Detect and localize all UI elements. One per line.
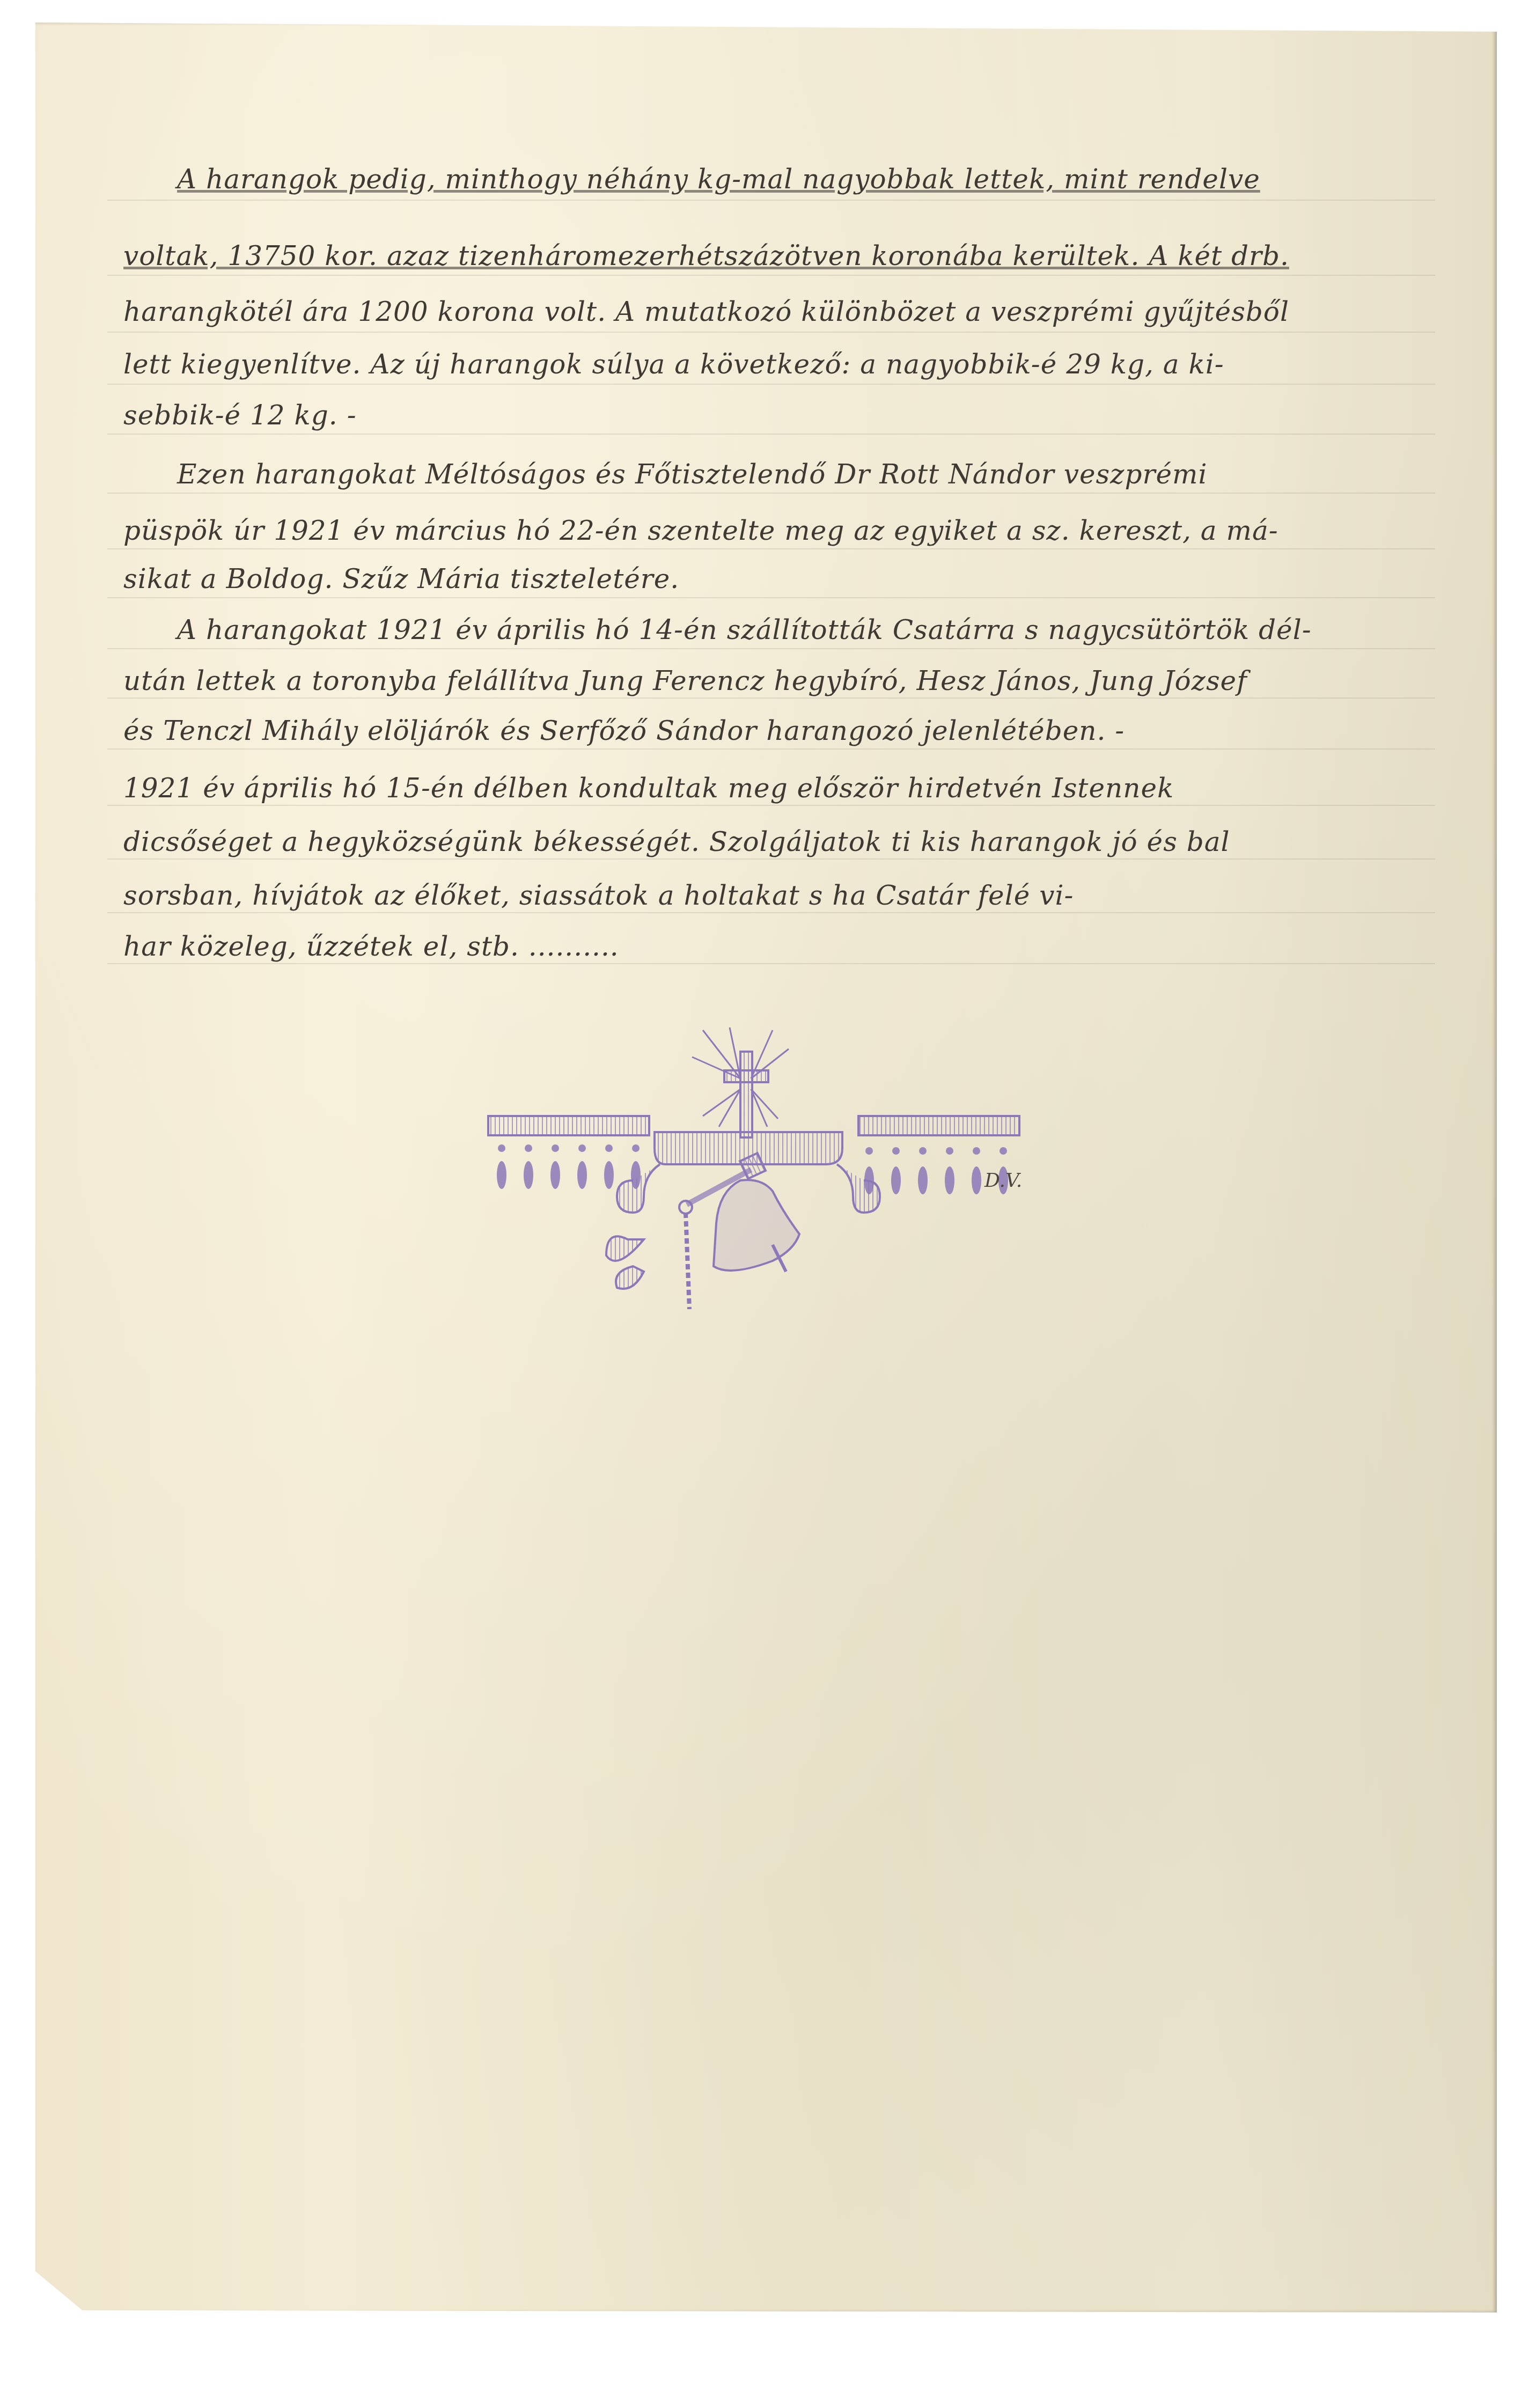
text-line-14: sorsban, hívjátok az élőket, siassátok a… <box>123 880 1074 911</box>
ruled-line <box>107 200 1435 201</box>
text-line-1: A harangok pedig, minthogy néhány kg-mal… <box>177 164 1260 195</box>
text-line-15: har közeleg, űzzétek el, stb. .......... <box>123 931 619 962</box>
ruled-line <box>107 963 1435 964</box>
ruled-line <box>107 912 1435 913</box>
ruled-line <box>107 597 1435 598</box>
text-line-6: Ezen harangokat Méltóságos és Főtisztele… <box>177 459 1207 490</box>
artist-initials: D.V. <box>984 1170 1022 1192</box>
text-line-8: sikat a Boldog. Szűz Mária tiszteletére. <box>123 563 679 594</box>
ruled-line <box>107 648 1435 649</box>
ruled-line <box>107 698 1435 699</box>
ruled-line <box>107 434 1435 435</box>
bell-icon <box>714 1153 799 1272</box>
ruled-line <box>107 858 1435 860</box>
text-line-7: püspök úr 1921 év március hó 22-én szent… <box>123 515 1278 546</box>
text-line-2: voltak, 13750 kor. azaz tizenháromezerhé… <box>123 240 1289 271</box>
text-line-4: lett kiegyenlítve. Az új harangok súlya … <box>123 349 1224 380</box>
text-line-12: 1921 év április hó 15-én délben kondulta… <box>123 773 1174 804</box>
text-line-13: dicsőséget a hegyközségünk békességét. S… <box>123 826 1230 857</box>
text-line-11: és Tenczl Mihály elöljárók és Serfőző Sá… <box>123 715 1125 746</box>
text-line-10: után lettek a toronyba felállítva Jung F… <box>123 665 1247 696</box>
ruled-line <box>107 548 1435 549</box>
text-line-9: A harangokat 1921 év április hó 14-én sz… <box>177 614 1312 645</box>
cross-icon <box>724 1052 768 1137</box>
ruled-line <box>107 748 1435 750</box>
text-line-5: sebbik-é 12 kg. - <box>123 400 357 431</box>
tassel-bar-left-icon <box>488 1116 649 1189</box>
ruled-line <box>107 493 1435 494</box>
bell-ornament-drawing <box>472 1019 1041 1309</box>
ruled-line <box>107 805 1435 806</box>
ruled-line <box>107 332 1435 333</box>
text-line-3: harangkötél ára 1200 korona volt. A muta… <box>123 296 1289 327</box>
ruled-line <box>107 275 1435 276</box>
ruled-line <box>107 384 1435 385</box>
